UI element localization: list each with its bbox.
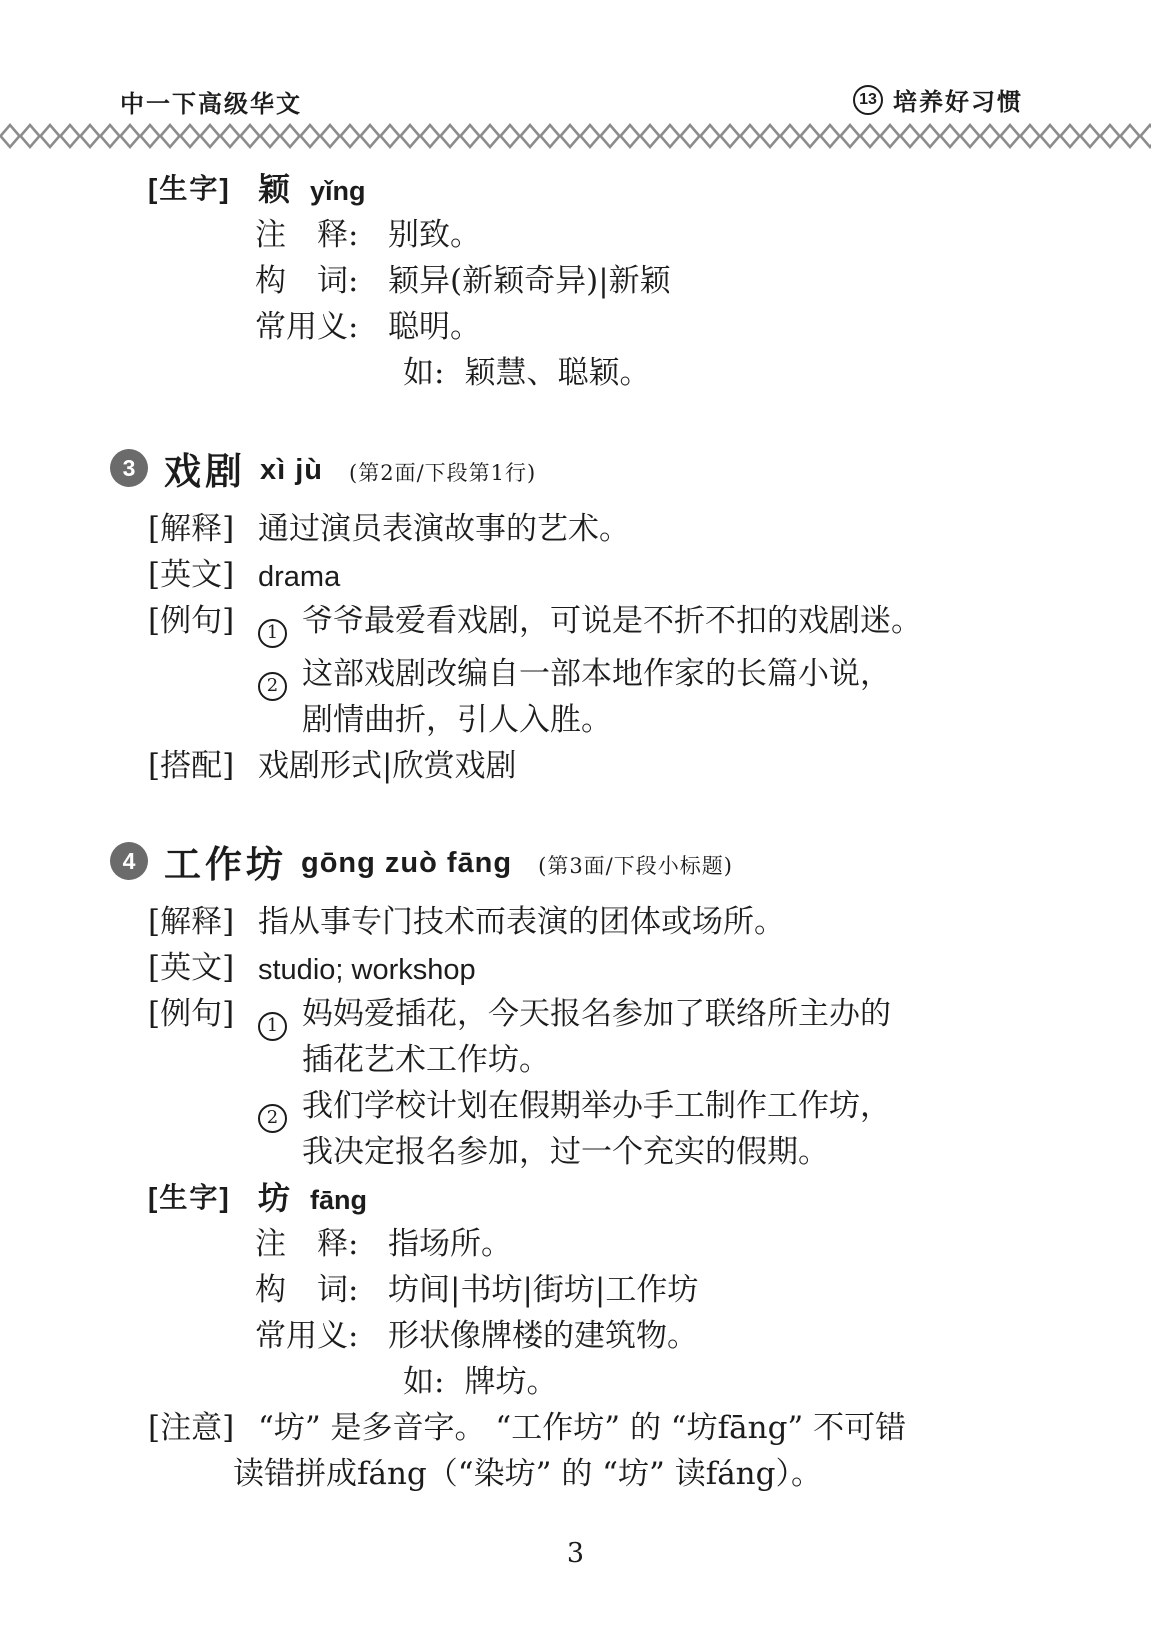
example-number-circle: 2 [258,672,287,701]
example-number-col: 1 [258,991,302,1044]
shengzi-label: [生字] [148,1175,258,1221]
document-page: 中一下高级华文 13 培养好习惯 [生字] 颖 yǐng 注 释: 别致。 构 … [0,0,1151,1649]
ru-row: 如: 牌坊。 [403,1359,1054,1405]
zhuyi-continuation-row: 读错拼成fáng（“染坊” 的 “坊” 读fáng）。 [233,1451,1054,1497]
shengzi-head-row: [生字] 坊 fāng [148,1175,1054,1221]
example-lines: 这部戏剧改编自一部本地作家的长篇小说， 剧情曲折，引人入胜。 [302,651,891,743]
example-number-circle: 1 [258,619,287,648]
changyongyi-row: 常用义: 形状像牌楼的建筑物。 [255,1313,1054,1359]
liju-label: [例句] [148,991,258,1037]
jieshi-label: [解释] [148,506,258,552]
dapei-label: [搭配] [148,743,258,789]
example-line: 剧情曲折，引人入胜。 [302,697,891,743]
zhushi-row: 注 释: 别致。 [255,212,1054,258]
example-row: 2 这部戏剧改编自一部本地作家的长篇小说， 剧情曲折，引人入胜。 [258,651,1054,743]
yingwen-text: studio; workshop [258,947,476,993]
entry-number-badge: 4 [110,842,148,880]
zhushi-label: 注 释: [255,212,388,258]
entry-pinyin: gōng zuò fāng [301,847,512,880]
shengzi-pinyin: yǐng [310,168,366,214]
example-lines: 妈妈爱插花，今天报名参加了联络所主办的 插花艺术工作坊。 [302,991,891,1083]
liju-row: [例句] 1 爷爷最爱看戏剧，可说是不折不扣的戏剧迷。 [148,598,1054,651]
page-number: 3 [0,1538,1151,1569]
chapter-title: 培养好习惯 [893,82,1023,117]
entry-pinyin: xì jù [260,454,323,487]
shengzi-head-row: [生字] 颖 yǐng [148,166,1054,212]
example-number-col: 2 [258,1083,302,1136]
entry-source-ref: (第2面/下段第1行) [349,457,536,487]
zhushi-text: 别致。 [388,212,481,258]
liju-label: [例句] [148,598,258,644]
chapter-number-circle: 13 [853,85,883,115]
entry-number-badge: 3 [110,449,148,487]
yingwen-row: [英文] studio; workshop [148,945,1054,991]
zhushi-label: 注 释: [255,1221,388,1267]
example-lines: 我们学校计划在假期举办手工制作工作坊， 我决定报名参加，过一个充实的假期。 [302,1083,891,1175]
shengzi-character: 颖 [258,166,292,212]
entry-source-ref: (第3面/下段小标题) [538,850,733,880]
example-line: 爷爷最爱看戏剧，可说是不折不扣的戏剧迷。 [302,598,922,644]
example-line: 妈妈爱插花，今天报名参加了联络所主办的 [302,991,891,1037]
diamond-border [0,123,1151,149]
entry-header: 3 戏剧 xì jù (第2面/下段第1行) [110,440,1054,496]
shengzi-pinyin: fāng [310,1177,367,1223]
ru-label: 如: [403,1359,444,1405]
zhuyi-line: “坊” 是多音字。 “工作坊” 的 “坊fāng” 不可错 [258,1405,906,1451]
gouci-label: 构 词: [255,258,388,304]
liju-row: [例句] 1 妈妈爱插花，今天报名参加了联络所主办的 插花艺术工作坊。 [148,991,1054,1083]
example-line: 这部戏剧改编自一部本地作家的长篇小说， [302,651,891,697]
jieshi-row: [解释] 指从事专门技术而表演的团体或场所。 [148,899,1054,945]
chapter-header: 13 培养好习惯 [853,82,1023,117]
shengzi-label: [生字] [148,166,258,212]
example-line: 我决定报名参加，过一个充实的假期。 [302,1129,891,1175]
changyongyi-label: 常用义: [255,304,388,350]
yingwen-label: [英文] [148,945,258,991]
changyongyi-row: 常用义: 聪明。 [255,304,1054,350]
jieshi-row: [解释] 通过演员表演故事的艺术。 [148,506,1054,552]
changyongyi-label: 常用义: [255,1313,388,1359]
glossary-content: [生字] 颖 yǐng 注 释: 别致。 构 词: 颖异(新颖奇异)|新颖 常用… [148,166,1054,1497]
jieshi-label: [解释] [148,899,258,945]
entry-header: 4 工作坊 gōng zuò fāng (第3面/下段小标题) [110,833,1054,889]
zhuyi-label: [注意] [148,1405,258,1451]
zhuyi-line: 读错拼成fáng（“染坊” 的 “坊” 读fáng）。 [233,1451,822,1497]
example-number-circle: 2 [258,1104,287,1133]
changyongyi-text: 形状像牌楼的建筑物。 [388,1313,698,1359]
gouci-row: 构 词: 坊间|书坊|街坊|工作坊 [255,1267,1054,1313]
zhushi-row: 注 释: 指场所。 [255,1221,1054,1267]
gouci-text: 坊间|书坊|街坊|工作坊 [388,1267,698,1313]
book-title: 中一下高级华文 [120,84,302,119]
ru-label: 如: [403,350,444,396]
entry-headword: 工作坊 [164,834,287,888]
example-row: 2 我们学校计划在假期举办手工制作工作坊， 我决定报名参加，过一个充实的假期。 [258,1083,1054,1175]
example-number-col: 2 [258,651,302,704]
gouci-label: 构 词: [255,1267,388,1313]
changyongyi-text: 聪明。 [388,304,481,350]
example-number-circle: 1 [258,1012,287,1041]
example-number-col: 1 [258,598,302,651]
shengzi-character: 坊 [258,1175,292,1221]
yingwen-label: [英文] [148,552,258,598]
zhushi-text: 指场所。 [388,1221,512,1267]
entry-headword: 戏剧 [164,441,246,495]
dapei-row: [搭配] 戏剧形式|欣赏戏剧 [148,743,1054,789]
gouci-row: 构 词: 颖异(新颖奇异)|新颖 [255,258,1054,304]
example-line: 插花艺术工作坊。 [302,1037,891,1083]
ru-row: 如: 颖慧、聪颖。 [403,350,1054,396]
yingwen-row: [英文] drama [148,552,1054,598]
jieshi-text: 通过演员表演故事的艺术。 [258,506,630,552]
ru-text: 颖慧、聪颖。 [464,350,650,396]
dapei-text: 戏剧形式|欣赏戏剧 [258,743,516,789]
gouci-text: 颖异(新颖奇异)|新颖 [388,258,671,304]
ru-text: 牌坊。 [464,1359,557,1405]
example-line: 我们学校计划在假期举办手工制作工作坊， [302,1083,891,1129]
jieshi-text: 指从事专门技术而表演的团体或场所。 [258,899,785,945]
yingwen-text: drama [258,554,340,600]
zhuyi-row: [注意] “坊” 是多音字。 “工作坊” 的 “坊fāng” 不可错 [148,1405,1054,1451]
